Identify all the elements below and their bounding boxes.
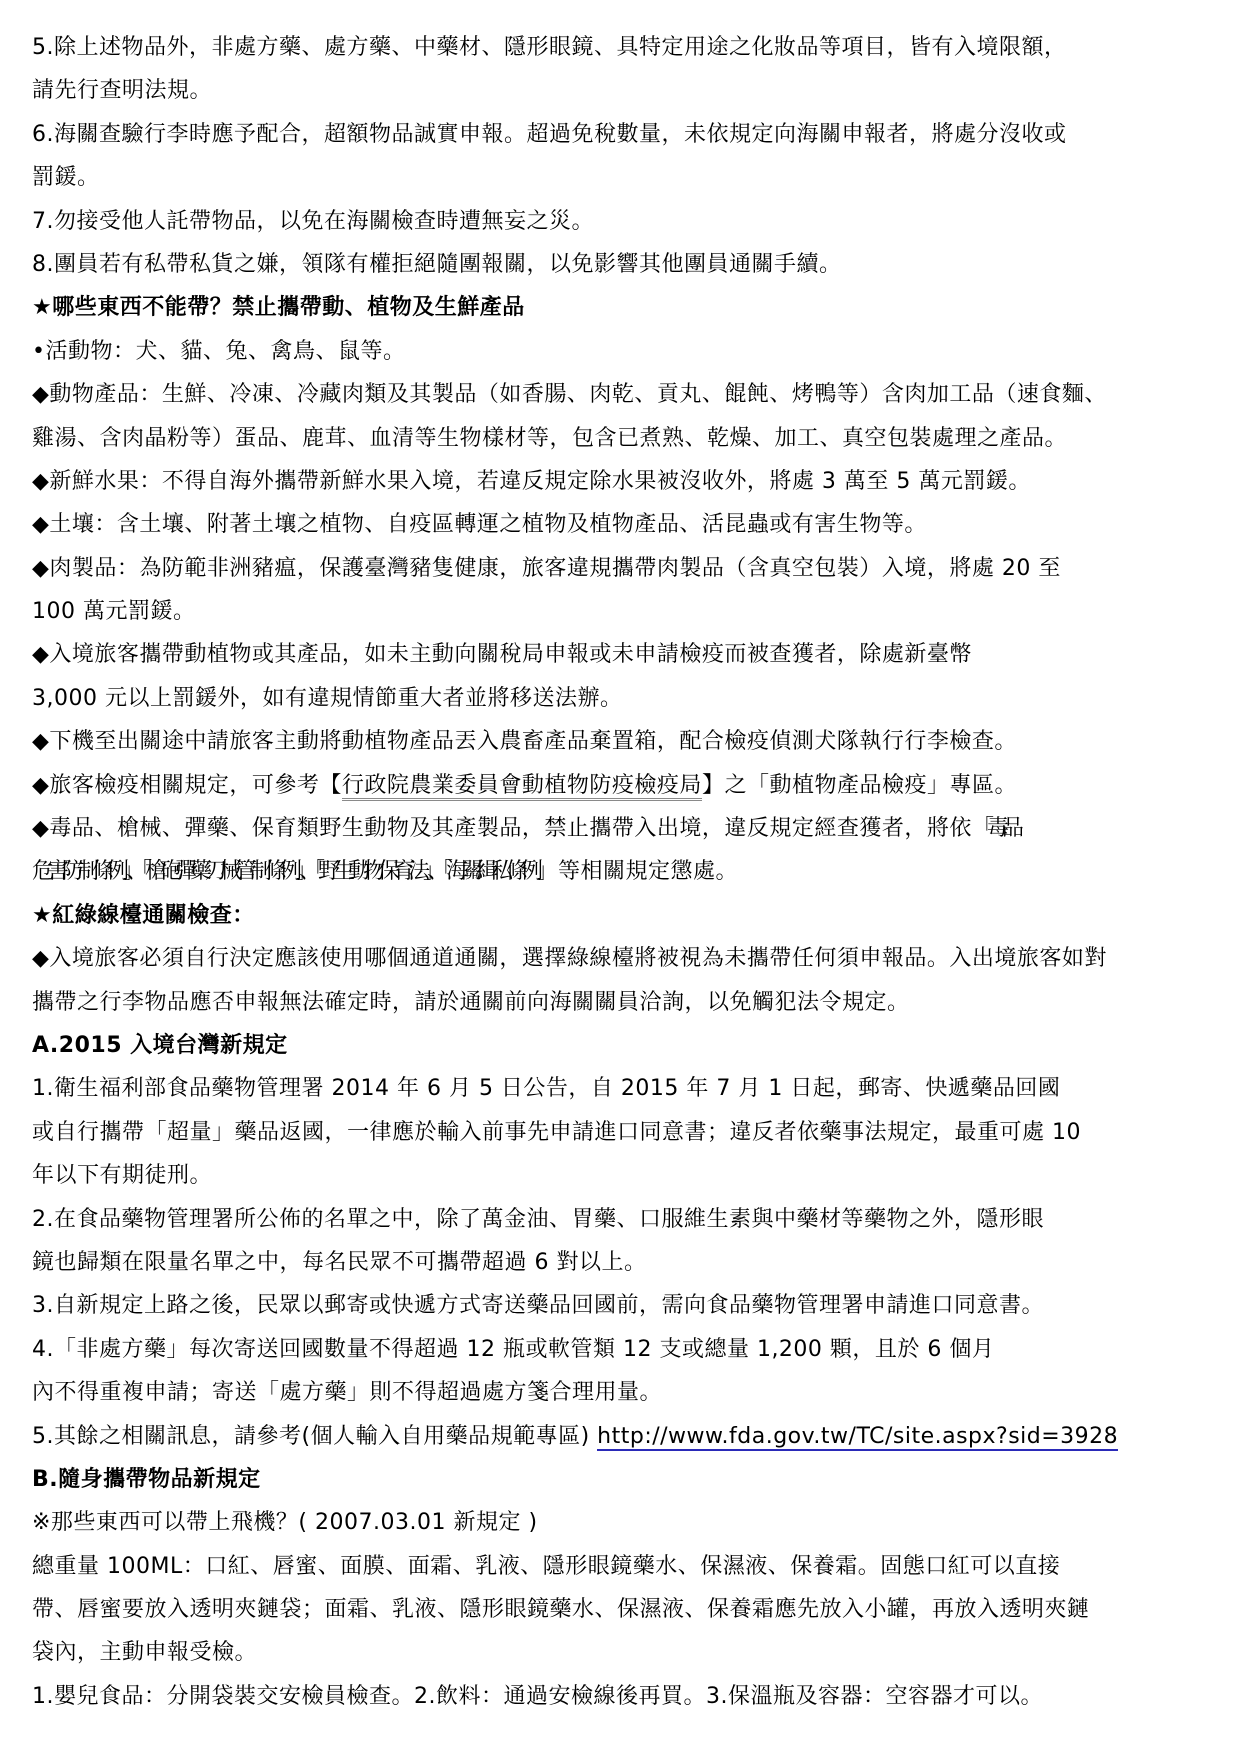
- a-item1-line2: 或自行攜帶「超量」藥品返國，一律應於輸入前事先申請進口同意書；違反者依藥事法規定…: [32, 1111, 1213, 1154]
- a-item4-line1: 4.「非處方藥」每次寄送回國數量不得超過 12 瓶或軟管類 12 支或總量 1,…: [32, 1328, 1213, 1371]
- text-segment: 袋內，主動申報受檢。: [32, 1640, 257, 1665]
- b-item123-line1: 1.嬰兒食品：分開袋裝交安檢員檢查。2.飲料：通過安檢線後再買。3.保溫瓶及容器…: [32, 1675, 1213, 1718]
- text-segment: 總重量 100ML：口紅、唇蜜、面膜、面霜、乳液、隱形眼鏡藥水、保濕液、保養霜。…: [32, 1554, 1060, 1579]
- text-segment: 等相關規定懲處。: [558, 859, 738, 884]
- a-item1-line3: 年以下有期徒刑。: [32, 1154, 1213, 1197]
- text-segment: 3.自新規定上路之後，民眾以郵寄或快遞方式寄送藥品回國前，需向食品藥物管理署申請…: [32, 1293, 1044, 1318]
- bullet-quarantine-fine-line2: 3,000 元以上罰鍰外，如有違規情節重大者並將移送法辦。: [32, 677, 1213, 720]
- b-intro-line1: ※那些東西可以帶上飛機？( 2007.03.01 新規定 ): [32, 1501, 1213, 1544]
- text-segment: ★哪些東西不能帶？禁止攜帶動、植物及生鮮產品: [32, 295, 525, 320]
- text-segment: ◆下機至出關途中請旅客主動將動植物產品丟入農畜產品棄置箱，配合檢疫偵測犬隊執行行…: [32, 729, 1017, 754]
- text-segment: ◆旅客檢疫相關規定，可參考【: [32, 773, 342, 798]
- text-segment: ◆土壤：含土壤、附著土壤之植物、自疫區轉運之植物及植物產品、活昆蟲或有害生物等。: [32, 512, 927, 537]
- text-segment: B.隨身攜帶物品新規定: [32, 1467, 261, 1492]
- text-segment: 】之「動植物產品檢疫」專區。: [702, 773, 1017, 798]
- text-segment: ◆新鮮水果：不得自海外攜帶新鮮水果入境，若違反規定除水果被沒收外，將處 3 萬至…: [32, 469, 1031, 494]
- bullet-contraband-line1: ◆毒品、槍械、彈藥、保育類野生動物及其產製品，禁止攜帶入出境，違反規定經查獲者，…: [32, 807, 1213, 850]
- a-item5-line1: 5.其餘之相關訊息，請參考(個人輸入自用藥品規範專區) http://www.f…: [32, 1415, 1213, 1458]
- customs-document: 5.除上述物品外，非處方藥、處方藥、中藥材、隱形眼鏡、具特定用途之化妝品等項目，…: [0, 0, 1241, 1718]
- heading-prohibited-items: ★哪些東西不能帶？禁止攜帶動、植物及生鮮產品: [32, 286, 1213, 329]
- bullet-soil: ◆土壤：含土壤、附著土壤之植物、自疫區轉運之植物及植物產品、活昆蟲或有害生物等。: [32, 503, 1213, 546]
- text-segment: 6.海關查驗行李時應予配合，超額物品誠實申報。超過免稅數量，未依規定向海關申報者…: [32, 122, 1067, 147]
- text-segment: ◆動物產品：生鮮、冷凍、冷藏肉類及其製品（如香腸、肉乾、貢丸、餛飩、烤鴨等）含肉…: [32, 382, 1107, 407]
- text-segment: 鏡也歸類在限量名單之中，每名民眾不可攜帶超過 6 對以上。: [32, 1250, 647, 1275]
- a-item2-line1: 2.在食品藥物管理署所公佈的名單之中，除了萬金油、胃藥、口服維生素與中藥材等藥物…: [32, 1198, 1213, 1241]
- text-segment: 1.衛生福利部食品藥物管理署 2014 年 6 月 5 日公告，自 2015 年…: [32, 1076, 1060, 1101]
- item5-line2: 請先行查明法規。: [32, 69, 1213, 112]
- bullet-disposal-box: ◆下機至出關途中請旅客主動將動植物產品丟入農畜產品棄置箱，配合檢疫偵測犬隊執行行…: [32, 720, 1213, 763]
- item6-line2: 罰鍰。: [32, 156, 1213, 199]
- text-segment: 1.嬰兒食品：分開袋裝交安檢員檢查。2.飲料：通過安檢線後再買。3.保溫瓶及容器…: [32, 1684, 1043, 1709]
- text-segment: 危害防制條例」、「槍砲彈藥刀械管制條例」、「野生動物保育法」、「海關緝私條例」: [32, 859, 558, 884]
- bullet-channel-choice-line2: 攜帶之行李物品應否申報無法確定時，請於通關前向海關關員洽詢，以免觸犯法令規定。: [32, 981, 1213, 1024]
- b-liquids-line2: 帶、唇蜜要放入透明夾鏈袋；面霜、乳液、隱形眼鏡藥水、保濕液、保養霜應先放入小罐，…: [32, 1588, 1213, 1631]
- text-segment: ★紅綠線檯通關檢查：: [32, 903, 255, 928]
- bullet-quarantine-fine-line1: ◆入境旅客攜帶動植物或其產品，如未主動向關稅局申報或未申請檢疫而被查獲者，除處新…: [32, 633, 1213, 676]
- agriculture-bureau-link[interactable]: 行政院農業委員會動植物防疫檢疫局: [342, 773, 702, 801]
- heading-red-green-channel: ★紅綠線檯通關檢查：: [32, 894, 1213, 937]
- b-liquids-line1: 總重量 100ML：口紅、唇蜜、面膜、面霜、乳液、隱形眼鏡藥水、保濕液、保養霜。…: [32, 1545, 1213, 1588]
- text-segment: ◆入境旅客攜帶動植物或其產品，如未主動向關稅局申報或未申請檢疫而被查獲者，除處新…: [32, 642, 972, 667]
- text-segment: 8.團員若有私帶私貨之嫌，領隊有權拒絕隨團報關，以免影響其他團員通關手續。: [32, 252, 842, 277]
- item5-line1: 5.除上述物品外，非處方藥、處方藥、中藥材、隱形眼鏡、具特定用途之化妝品等項目，…: [32, 26, 1213, 69]
- text-segment: 5.其餘之相關訊息，請參考(個人輸入自用藥品規範專區): [32, 1424, 597, 1449]
- fda-url-link[interactable]: http://www.fda.gov.tw/TC/site.aspx?sid=3…: [597, 1424, 1118, 1451]
- text-segment: 4.「非處方藥」每次寄送回國數量不得超過 12 瓶或軟管類 12 支或總量 1,…: [32, 1337, 994, 1362]
- text-segment: 年以下有期徒刑。: [32, 1163, 212, 1188]
- b-liquids-line3: 袋內，主動申報受檢。: [32, 1631, 1213, 1674]
- a-item1-line1: 1.衛生福利部食品藥物管理署 2014 年 6 月 5 日公告，自 2015 年…: [32, 1067, 1213, 1110]
- text-segment: 罰鍰。: [32, 165, 100, 190]
- text-segment: 攜帶之行李物品應否申報無法確定時，請於通關前向海關關員洽詢，以免觸犯法令規定。: [32, 990, 910, 1015]
- heading-a-2015-rules: A.2015 入境台灣新規定: [32, 1024, 1213, 1067]
- text-segment: 帶、唇蜜要放入透明夾鏈袋；面霜、乳液、隱形眼鏡藥水、保濕液、保養霜應先放入小罐，…: [32, 1597, 1090, 1622]
- item8-line1: 8.團員若有私帶私貨之嫌，領隊有權拒絕隨團報關，以免影響其他團員通關手續。: [32, 243, 1213, 286]
- text-segment: 請先行查明法規。: [32, 78, 212, 103]
- a-item4-line2: 內不得重複申請；寄送「處方藥」則不得超過處方箋合理用量。: [32, 1371, 1213, 1414]
- text-segment: A.2015 入境台灣新規定: [32, 1033, 288, 1058]
- bullet-meat-products-line2: 100 萬元罰鍰。: [32, 590, 1213, 633]
- bullet-animal-products-line2: 雞湯、含肉晶粉等）蛋品、鹿茸、血清等生物樣材等，包含已煮熟、乾燥、加工、真空包裝…: [32, 417, 1213, 460]
- text-segment: ◆入境旅客必須自行決定應該使用哪個通道通關，選擇綠線檯將被視為未攜帶任何須申報品…: [32, 946, 1107, 971]
- bullet-quarantine-reference: ◆旅客檢疫相關規定，可參考【行政院農業委員會動植物防疫檢疫局】之「動植物產品檢疫…: [32, 764, 1213, 807]
- text-segment: 內不得重複申請；寄送「處方藥」則不得超過處方箋合理用量。: [32, 1380, 662, 1405]
- text-segment: 7.勿接受他人託帶物品，以免在海關檢查時遭無妄之災。: [32, 209, 594, 234]
- bullet-animal-products-line1: ◆動物產品：生鮮、冷凍、冷藏肉類及其製品（如香腸、肉乾、貢丸、餛飩、烤鴨等）含肉…: [32, 373, 1213, 416]
- text-segment: 5.除上述物品外，非處方藥、處方藥、中藥材、隱形眼鏡、具特定用途之化妝品等項目，…: [32, 35, 1067, 60]
- heading-b-carryon-rules: B.隨身攜帶物品新規定: [32, 1458, 1213, 1501]
- text-segment: •活動物：犬、貓、兔、禽鳥、鼠等。: [32, 339, 405, 364]
- text-segment: ◆肉製品：為防範非洲豬瘟，保護臺灣豬隻健康，旅客違規攜帶肉製品（含真空包裝）入境…: [32, 556, 1061, 581]
- text-segment: 或自行攜帶「超量」藥品返國，一律應於輸入前事先申請進口同意書；違反者依藥事法規定…: [32, 1120, 1081, 1145]
- text-segment: 「毒品: [972, 816, 1024, 841]
- bullet-live-animals: •活動物：犬、貓、兔、禽鳥、鼠等。: [32, 330, 1213, 373]
- bullet-channel-choice-line1: ◆入境旅客必須自行決定應該使用哪個通道通關，選擇綠線檯將被視為未攜帶任何須申報品…: [32, 937, 1213, 980]
- text-segment: 3,000 元以上罰鍰外，如有違規情節重大者並將移送法辦。: [32, 686, 622, 711]
- bullet-contraband-line2: 危害防制條例」、「槍砲彈藥刀械管制條例」、「野生動物保育法」、「海關緝私條例」等…: [32, 850, 1213, 893]
- text-segment: 100 萬元罰鍰。: [32, 599, 196, 624]
- text-segment: ※那些東西可以帶上飛機？( 2007.03.01 新規定 ): [32, 1510, 538, 1535]
- text-segment: 雞湯、含肉晶粉等）蛋品、鹿茸、血清等生物樣材等，包含已煮熟、乾燥、加工、真空包裝…: [32, 426, 1067, 451]
- bullet-fresh-fruit: ◆新鮮水果：不得自海外攜帶新鮮水果入境，若違反規定除水果被沒收外，將處 3 萬至…: [32, 460, 1213, 503]
- a-item2-line2: 鏡也歸類在限量名單之中，每名民眾不可攜帶超過 6 對以上。: [32, 1241, 1213, 1284]
- text-segment: 2.在食品藥物管理署所公佈的名單之中，除了萬金油、胃藥、口服維生素與中藥材等藥物…: [32, 1207, 1044, 1232]
- bullet-meat-products-line1: ◆肉製品：為防範非洲豬瘟，保護臺灣豬隻健康，旅客違規攜帶肉製品（含真空包裝）入境…: [32, 547, 1213, 590]
- item6-line1: 6.海關查驗行李時應予配合，超額物品誠實申報。超過免稅數量，未依規定向海關申報者…: [32, 113, 1213, 156]
- text-segment: ◆毒品、槍械、彈藥、保育類野生動物及其產製品，禁止攜帶入出境，違反規定經查獲者，…: [32, 816, 972, 841]
- a-item3-line1: 3.自新規定上路之後，民眾以郵寄或快遞方式寄送藥品回國前，需向食品藥物管理署申請…: [32, 1284, 1213, 1327]
- item7-line1: 7.勿接受他人託帶物品，以免在海關檢查時遭無妄之災。: [32, 200, 1213, 243]
